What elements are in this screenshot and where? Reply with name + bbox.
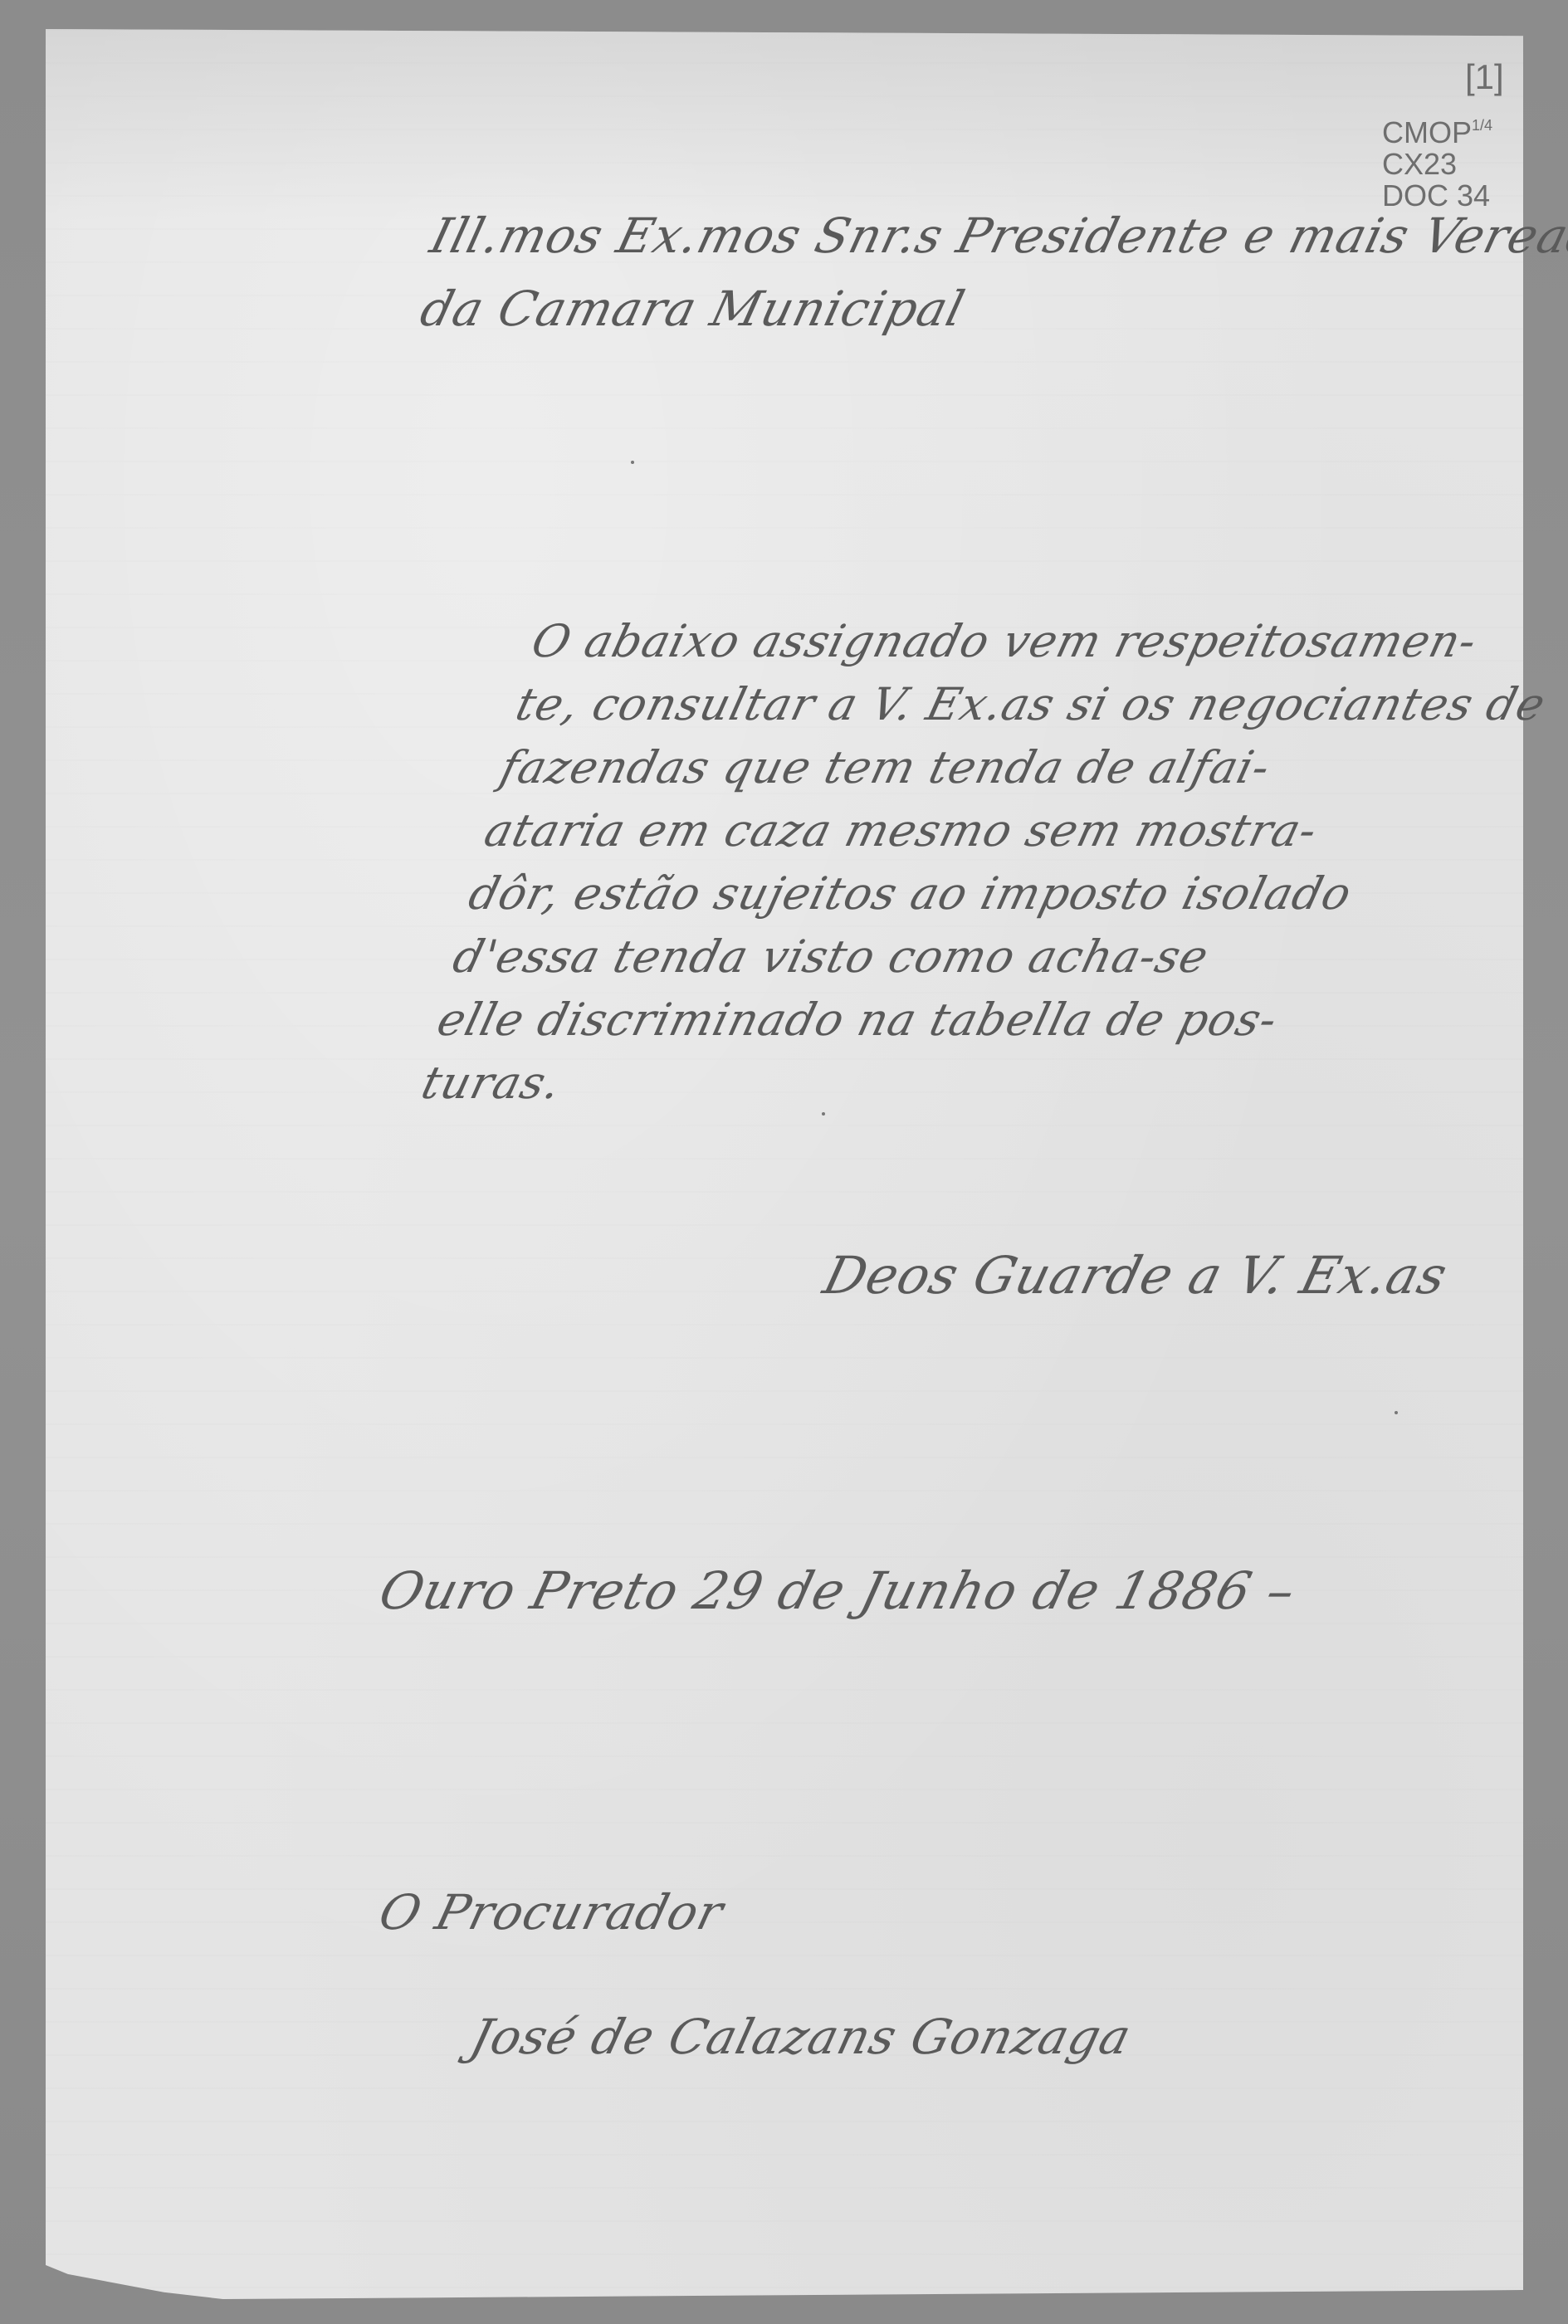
place-and-date: Ouro Preto 29 de Junho de 1886 – [374, 1560, 1302, 1621]
body-line: dôr, estão sujeitos ao imposto isolado [462, 862, 1568, 925]
body-line: fazendas que tem tenda de alfai- [494, 736, 1568, 799]
salutation-line-2: da Camara Municipal [415, 281, 1568, 337]
body-line: elle discriminado na tabella de pos- [431, 989, 1551, 1052]
body-line: turas. [415, 1052, 1535, 1115]
signatory-role: O Procurador [374, 1884, 730, 1941]
body-line: te, consultar a V. Ex.as si os negociant… [510, 673, 1568, 736]
scanned-document-background: [1] CMOP1/4 CX23 DOC 34 Ill.mos Ex.mos S… [0, 0, 1568, 2324]
body-line: d'essa tenda visto como acha-se [447, 925, 1566, 989]
signature: José de Calazans Gonzaga [465, 2009, 1137, 2065]
ink-speck [1395, 1411, 1398, 1414]
letter-body: O abaixo assignado vem respeitosamen- te… [415, 610, 1568, 1115]
salutation: Ill.mos Ex.mos Snr.s Presidente e mais V… [407, 207, 1568, 337]
page-number-annotation: [1] [1465, 60, 1504, 95]
salutation-line-1: Ill.mos Ex.mos Snr.s Presidente e mais V… [425, 207, 1568, 264]
body-line: O abaixo assignado vem respeitosamen- [525, 610, 1568, 673]
box-code: CX23 [1382, 149, 1492, 179]
collection-code: CMOP1/4 [1382, 118, 1492, 148]
body-line: ataria em caza mesmo sem mostra- [478, 799, 1568, 862]
closing-formula: Deos Guarde a V. Ex.as [818, 1245, 1453, 1306]
ink-speck [822, 1112, 825, 1116]
paper-sheet [46, 29, 1523, 2299]
archive-reference-block: CMOP1/4 CX23 DOC 34 [1382, 118, 1492, 212]
doc-code: DOC 34 [1382, 181, 1492, 211]
ink-speck [631, 461, 634, 464]
